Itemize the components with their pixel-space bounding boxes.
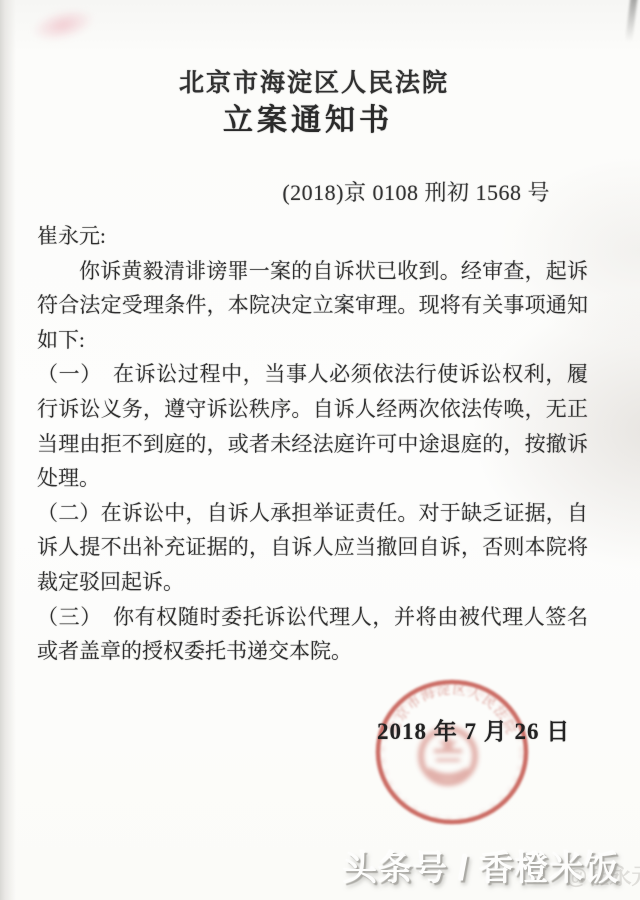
- document-body: 崔永元: 你诉黄毅清诽谤罪一案的自诉状已收到。经审查，起诉符合法定受理条件，本院…: [37, 219, 588, 669]
- document-photo: 北京市海淀区人民法院 立案通知书 (2018)京 0108 刑初 1568 号 …: [0, 0, 640, 900]
- date-stamp: 2018 年 7 月 26 日: [377, 713, 570, 746]
- salutation: 崔永元:: [37, 219, 588, 254]
- court-seal: 北京市海淀区人民法院: [352, 652, 552, 852]
- credit-watermark: 头条号 / 香橙米饭: [343, 841, 619, 890]
- ink-smudge: [19, 0, 108, 53]
- court-name: 北京市海淀区人民法院: [4, 63, 624, 99]
- case-number: (2018)京 0108 刑初 1568 号: [282, 176, 550, 207]
- paragraph-intro: 你诉黄毅清诽谤罪一案的自诉状已收到。经审查，起诉符合法定受理条件，本院决定立案审…: [37, 254, 588, 358]
- page-edge-mark: [625, 0, 638, 42]
- paragraph-item-1: （一） 在诉讼过程中，当事人必须依法行使诉讼权利，履行诉讼义务，遵守诉讼秩序。自…: [37, 357, 588, 495]
- paragraph-item-2: （二）在诉讼中，自诉人承担举证责任。对于缺乏证据，自诉人提不出补充证据的，自诉人…: [37, 496, 588, 600]
- page-title: 立案通知书: [0, 95, 616, 139]
